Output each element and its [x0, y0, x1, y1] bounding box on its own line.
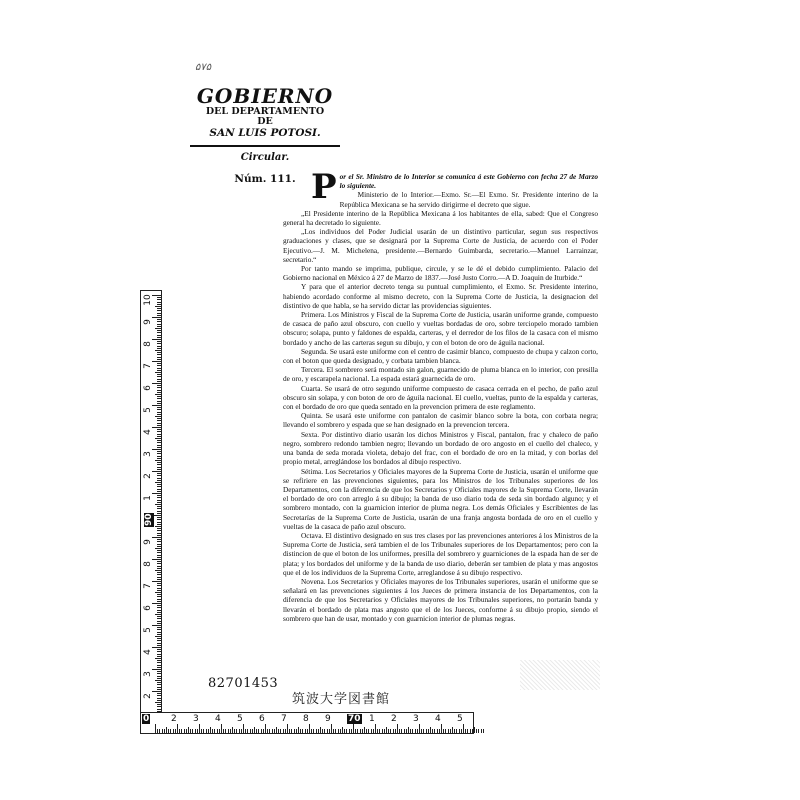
ruler-tick — [166, 727, 167, 733]
handwritten-note: ۵۷۵ — [195, 62, 211, 73]
ruler-tick — [157, 370, 161, 371]
ruler-tick — [157, 660, 161, 661]
ruler-tick — [465, 729, 466, 733]
ruler-tick — [157, 335, 161, 336]
ruler-tick — [152, 647, 161, 648]
letterhead-rule — [190, 145, 340, 147]
ruler-label: 6 — [259, 714, 265, 724]
ruler-tick — [157, 385, 161, 386]
body-paragraph: Novena. Los Secretarios y Oficiales mayo… — [283, 577, 598, 623]
ruler-tick — [157, 627, 161, 628]
ruler-tick — [157, 357, 161, 358]
ruler-tick — [338, 729, 339, 733]
ruler-label: 3 — [143, 668, 153, 680]
ruler-tick — [157, 693, 161, 694]
ruler-tick — [463, 724, 464, 733]
ruler-tick — [157, 456, 161, 457]
ruler-tick — [426, 729, 427, 733]
ruler-tick — [157, 484, 161, 485]
ruler-tick — [162, 729, 163, 733]
ruler-tick — [333, 729, 334, 733]
ruler-tick — [157, 368, 161, 369]
body-paragraph: Por tanto mando se imprima, publique, ci… — [283, 264, 598, 282]
ruler-tick — [412, 729, 413, 733]
ruler-tick — [157, 729, 158, 733]
ruler-label: 2 — [171, 714, 177, 724]
ruler-tick — [157, 299, 161, 300]
vertical-scale-ruler: 1234567891012345678990 — [140, 290, 162, 732]
ruler-tick — [157, 634, 161, 635]
ruler-tick — [419, 724, 420, 733]
ruler-tick — [461, 729, 462, 733]
ruler-tick — [415, 729, 416, 733]
ruler-tick — [305, 729, 306, 733]
ruler-tick — [439, 729, 440, 733]
ruler-tick — [157, 313, 161, 314]
ruler-tick — [157, 585, 161, 586]
ruler-tick — [157, 684, 161, 685]
ruler-tick — [152, 317, 161, 318]
ruler-tick — [243, 724, 244, 733]
ruler-tick — [157, 497, 161, 498]
ruler-tick — [225, 729, 226, 733]
ruler-tick — [157, 605, 161, 606]
ruler-label: 5 — [237, 714, 243, 724]
ruler-label: 8 — [143, 338, 153, 350]
ruler-label: 7 — [143, 580, 153, 592]
ruler-tick — [404, 729, 405, 733]
ruler-tick — [206, 729, 207, 733]
ruler-tick — [476, 729, 477, 733]
ruler-label: 4 — [215, 714, 221, 724]
ruler-tick — [157, 302, 161, 303]
ruler-tick — [157, 491, 161, 492]
ruler-label: 6 — [143, 382, 153, 394]
ruler-tick — [254, 727, 255, 733]
ruler-tick — [214, 729, 215, 733]
ruler-tick — [157, 654, 161, 655]
ruler-tick — [241, 729, 242, 733]
ruler-tick — [157, 645, 161, 646]
ruler-tick — [157, 544, 161, 545]
ruler-tick — [157, 442, 161, 443]
ruler-tick — [157, 539, 161, 540]
ruler-tick — [157, 599, 161, 600]
ruler-tick — [157, 643, 161, 644]
ruler-tick — [157, 475, 161, 476]
ruler-tick — [157, 508, 161, 509]
ruler-tick — [309, 724, 310, 733]
ruler-tick — [152, 691, 161, 692]
ruler-tick — [157, 590, 161, 591]
ruler-tick — [155, 306, 161, 307]
ruler-tick — [155, 526, 161, 527]
ruler-tick — [157, 528, 161, 529]
ruler-tick — [157, 563, 161, 564]
ruler-tick — [152, 405, 161, 406]
ruler-tick — [157, 629, 161, 630]
ruler-tick — [386, 727, 387, 733]
ruler-tick — [157, 704, 161, 705]
ruler-tick — [294, 729, 295, 733]
ruler-tick — [437, 729, 438, 733]
ruler-label: 9 — [325, 714, 331, 724]
ruler-tick — [483, 729, 484, 733]
ruler-tick — [157, 555, 161, 556]
ruler-label: 8 — [143, 558, 153, 570]
accession-number-stamp: 82701453 — [208, 676, 278, 691]
ruler-tick — [467, 729, 468, 733]
ruler-tick — [272, 729, 273, 733]
ruler-tick — [250, 729, 251, 733]
ruler-tick — [157, 495, 161, 496]
ruler-tick — [157, 566, 161, 567]
library-seal: 筑波大学図書館 — [292, 688, 390, 707]
ruler-tick — [157, 673, 161, 674]
ruler-tick — [157, 341, 161, 342]
ruler-tick — [397, 724, 398, 733]
ruler-tick — [320, 727, 321, 733]
ruler-tick — [157, 409, 161, 410]
ruler-tick — [252, 729, 253, 733]
ruler-tick — [221, 724, 222, 733]
ruler-tick — [263, 729, 264, 733]
ruler-tick — [192, 729, 193, 733]
ruler-tick — [261, 729, 262, 733]
ruler-tick — [157, 464, 161, 465]
ruler-tick — [152, 339, 161, 340]
ruler-tick — [155, 372, 161, 373]
ruler-tick — [152, 383, 161, 384]
ruler-label: 70 — [347, 714, 362, 724]
ruler-tick — [408, 727, 409, 733]
ruler-tick — [152, 559, 161, 560]
ruler-tick — [157, 489, 161, 490]
ruler-label: 1 — [369, 714, 375, 724]
ruler-tick — [199, 724, 200, 733]
ruler-tick — [157, 678, 161, 679]
ruler-tick — [219, 729, 220, 733]
ruler-tick — [152, 581, 161, 582]
ruler-tick — [157, 577, 161, 578]
ruler-tick — [152, 537, 161, 538]
ruler-tick — [157, 407, 161, 408]
ruler-tick — [459, 729, 460, 733]
ruler-tick — [300, 729, 301, 733]
ruler-tick — [186, 729, 187, 733]
ruler-tick — [269, 729, 270, 733]
ruler-tick — [157, 682, 161, 683]
ruler-tick — [203, 729, 204, 733]
ruler-tick — [152, 361, 161, 362]
ruler-tick — [307, 729, 308, 733]
ruler-tick — [157, 524, 161, 525]
ruler-tick — [157, 519, 161, 520]
ruler-tick — [157, 398, 161, 399]
ruler-label: 7 — [143, 360, 153, 372]
document-body: P or el Sr. Ministro de lo Interior se c… — [283, 172, 598, 623]
ruler-tick — [445, 729, 446, 733]
ruler-tick — [157, 418, 161, 419]
ruler-tick — [157, 640, 161, 641]
ruler-tick — [157, 326, 161, 327]
ruler-tick — [217, 729, 218, 733]
ruler-tick — [329, 729, 330, 733]
ruler-tick — [157, 462, 161, 463]
ruler-label: 2 — [391, 714, 397, 724]
letterhead-line3: SAN LUIS POTOSI. — [190, 127, 340, 139]
ruler-tick — [164, 729, 165, 733]
ruler-tick — [157, 436, 161, 437]
ruler-tick — [157, 610, 161, 611]
ruler-tick — [152, 471, 161, 472]
ruler-tick — [157, 649, 161, 650]
ruler-tick — [157, 706, 161, 707]
ruler-tick — [212, 729, 213, 733]
ruler-tick — [157, 451, 161, 452]
scanned-document-page: ۵۷۵ GOBIERNO DEL DEPARTAMENTO DE SAN LUI… — [0, 0, 800, 800]
ruler-tick — [157, 687, 161, 688]
ruler-tick — [423, 729, 424, 733]
ruler-tick — [157, 447, 161, 448]
ruler-tick — [152, 603, 161, 604]
ruler-tick — [375, 724, 376, 733]
ruler-tick — [157, 453, 161, 454]
ruler-tick — [157, 596, 161, 597]
ruler-tick — [181, 729, 182, 733]
ruler-tick — [157, 621, 161, 622]
ruler-tick — [190, 729, 191, 733]
ruler-label: 4 — [143, 426, 153, 438]
ruler-label: 5 — [143, 624, 153, 636]
ruler-tick — [410, 729, 411, 733]
ruler-tick — [195, 729, 196, 733]
body-paragraph: Sexta. Por distintivo diario usarán los … — [283, 430, 598, 467]
ruler-tick — [280, 729, 281, 733]
ruler-tick — [443, 729, 444, 733]
ruler-tick — [285, 729, 286, 733]
ruler-tick — [157, 354, 161, 355]
ruler-label: 9 — [143, 316, 153, 328]
ruler-label: 4 — [435, 714, 441, 724]
ruler-tick — [157, 665, 161, 666]
ruler-tick — [157, 594, 161, 595]
ruler-tick — [373, 729, 374, 733]
ruler-label: 3 — [193, 714, 199, 724]
ruler-tick — [346, 729, 347, 733]
ruler-tick — [157, 467, 161, 468]
ruler-tick — [152, 493, 161, 494]
ruler-tick — [344, 729, 345, 733]
ruler-tick — [382, 729, 383, 733]
ruler-label: 2 — [143, 470, 153, 482]
ruler-tick — [179, 729, 180, 733]
ruler-tick — [157, 469, 161, 470]
drop-cap: P — [311, 172, 337, 202]
ruler-tick — [157, 583, 161, 584]
ruler-tick — [157, 401, 161, 402]
ruler-tick — [234, 729, 235, 733]
body-paragraph: Y para que el anterior decreto tenga su … — [283, 282, 598, 310]
ruler-tick — [177, 724, 178, 733]
ruler-tick — [157, 579, 161, 580]
ruler-tick — [157, 425, 161, 426]
ruler-tick — [155, 460, 161, 461]
ruler-tick — [184, 729, 185, 733]
ruler-tick — [157, 308, 161, 309]
ruler-tick — [157, 363, 161, 364]
ruler-tick — [210, 727, 211, 733]
ruler-tick — [351, 729, 352, 733]
ruler-tick — [157, 414, 161, 415]
ruler-tick — [159, 729, 160, 733]
letterhead-line2: DE — [190, 117, 340, 127]
ruler-tick — [232, 727, 233, 733]
ruler-tick — [157, 511, 161, 512]
ruler-label: 10 — [143, 294, 153, 306]
ruler-tick — [157, 387, 161, 388]
ruler-tick — [157, 541, 161, 542]
ruler-tick — [274, 729, 275, 733]
ruler-tick — [311, 729, 312, 733]
ruler-label: 5 — [457, 714, 463, 724]
ruler-tick — [157, 500, 161, 501]
ruler-tick — [197, 729, 198, 733]
ruler-tick — [155, 350, 161, 351]
ruler-tick — [157, 522, 161, 523]
ruler-tick — [157, 352, 161, 353]
ruler-tick — [302, 729, 303, 733]
ruler-label: 8 — [303, 714, 309, 724]
ruler-tick — [342, 727, 343, 733]
ruler-tick — [452, 727, 453, 733]
ruler-tick — [157, 343, 161, 344]
ruler-tick — [157, 324, 161, 325]
ruler-tick — [287, 724, 288, 733]
ruler-tick — [236, 729, 237, 733]
ruler-tick — [379, 729, 380, 733]
intro-paragraph: P or el Sr. Ministro de lo Interior se c… — [283, 172, 598, 190]
intro-text: or el Sr. Ministro de lo Interior se com… — [340, 172, 598, 190]
ruler-tick — [157, 337, 161, 338]
ruler-tick — [157, 638, 161, 639]
ruler-tick — [155, 504, 161, 505]
ruler-tick — [157, 330, 161, 331]
ruler-tick — [168, 729, 169, 733]
ruler-tick — [157, 557, 161, 558]
ruler-tick — [324, 729, 325, 733]
ruler-tick — [245, 729, 246, 733]
ruler-tick — [155, 636, 161, 637]
ruler-tick — [157, 297, 161, 298]
ruler-tick — [157, 478, 161, 479]
ruler-tick — [201, 729, 202, 733]
ruler-tick — [441, 724, 442, 733]
ruler-tick — [155, 570, 161, 571]
ruler-tick — [157, 440, 161, 441]
ruler-tick — [157, 365, 161, 366]
ruler-tick — [157, 434, 161, 435]
ruler-tick — [155, 482, 161, 483]
ruler-tick — [157, 379, 161, 380]
ruler-tick — [157, 319, 161, 320]
body-paragraph: Cuarta. Se usará de otro segundo uniform… — [283, 384, 598, 412]
ruler-tick — [157, 662, 161, 663]
ruler-tick — [157, 376, 161, 377]
ruler-tick — [474, 727, 475, 733]
ruler-tick — [157, 480, 161, 481]
ruler-tick — [155, 438, 161, 439]
ruler-tick — [276, 727, 277, 733]
ruler-tick — [362, 729, 363, 733]
ruler-tick — [349, 729, 350, 733]
ruler-tick — [393, 729, 394, 733]
ruler-tick — [157, 530, 161, 531]
ruler-tick — [278, 729, 279, 733]
ruler-label: 0 — [142, 714, 150, 724]
ruler-tick — [399, 729, 400, 733]
ruler-tick — [390, 729, 391, 733]
ruler-label: 7 — [281, 714, 287, 724]
ruler-tick — [157, 533, 161, 534]
body-paragraph: Sétima. Los Secretarios y Oficiales mayo… — [283, 467, 598, 531]
ruler-label: 5 — [143, 404, 153, 416]
ruler-tick — [432, 729, 433, 733]
ruler-tick — [298, 727, 299, 733]
ruler-tick — [157, 304, 161, 305]
body-paragraph: Primera. Los Ministros y Fiscal de la Su… — [283, 310, 598, 347]
ruler-tick — [157, 321, 161, 322]
ruler-tick — [157, 656, 161, 657]
ruler-tick — [208, 729, 209, 733]
ruler-tick — [357, 729, 358, 733]
ruler-tick — [155, 680, 161, 681]
ruler-tick — [355, 729, 356, 733]
ruler-tick — [368, 729, 369, 733]
ruler-tick — [157, 310, 161, 311]
body-paragraph: „Los individuos del Poder Judicial usará… — [283, 227, 598, 264]
ruler-tick — [157, 616, 161, 617]
body-paragraph: „El Presidente interino de la República … — [283, 209, 598, 227]
ruler-tick — [157, 513, 161, 514]
ruler-tick — [157, 346, 161, 347]
ruler-tick — [401, 729, 402, 733]
ruler-tick — [353, 724, 354, 733]
ruler-tick — [157, 420, 161, 421]
ruler-tick — [313, 729, 314, 733]
ruler-tick — [157, 612, 161, 613]
ruler-tick — [157, 607, 161, 608]
ruler-label: 2 — [143, 690, 153, 702]
ruler-label: 3 — [143, 448, 153, 460]
ruler-tick — [157, 671, 161, 672]
ruler-tick — [157, 574, 161, 575]
ruler-label: 90 — [144, 513, 154, 527]
ruler-tick — [157, 359, 161, 360]
ruler-tick — [157, 535, 161, 536]
ruler-tick — [472, 729, 473, 733]
ruler-tick — [481, 729, 482, 733]
ruler-label: 6 — [143, 602, 153, 614]
ruler-tick — [157, 374, 161, 375]
ruler-tick — [155, 328, 161, 329]
ruler-tick — [157, 568, 161, 569]
ruler-tick — [152, 669, 161, 670]
ruler-tick — [157, 445, 161, 446]
ruler-tick — [478, 729, 479, 733]
ruler-tick — [256, 729, 257, 733]
paper-damage — [520, 660, 600, 690]
